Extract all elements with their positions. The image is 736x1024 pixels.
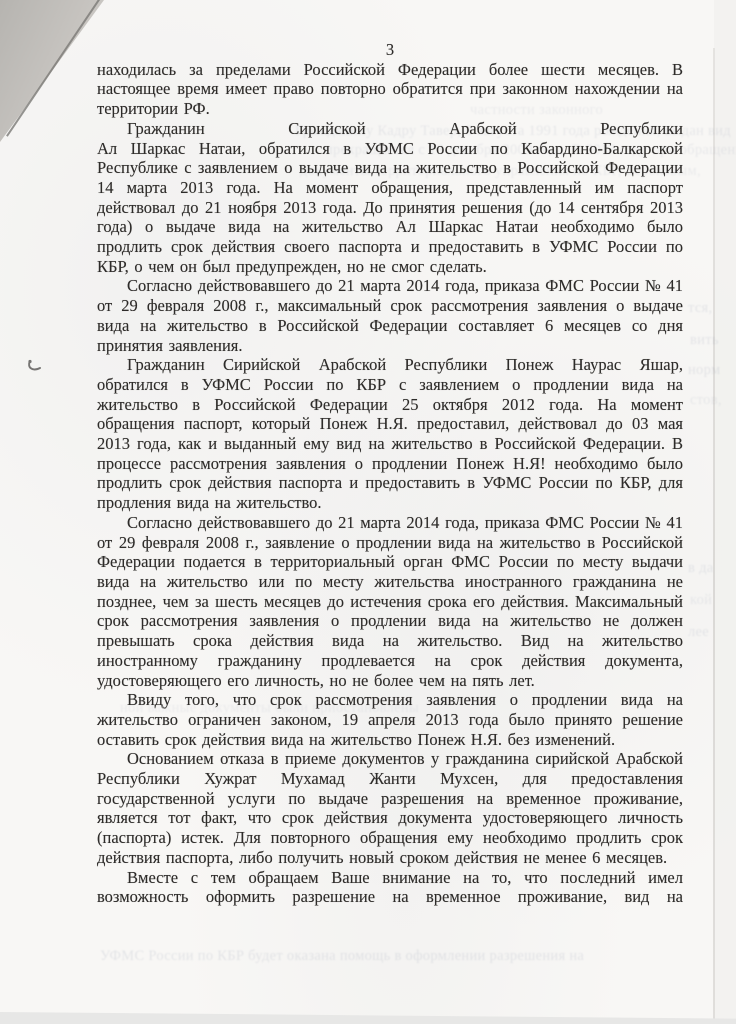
scanned-document-page: частности законного Гражданину Кадру Тав… — [0, 0, 736, 1024]
paragraph: Гражданин Сирийской Арабской Республики … — [97, 355, 683, 513]
paragraph: Гражданин Сирийской Арабской РеспубликиА… — [97, 119, 683, 277]
paragraph: Согласно действовавшего до 21 марта 2014… — [97, 276, 683, 355]
paragraph: Вместе с тем обращаем Ваше внимание на т… — [97, 868, 683, 907]
paragraph: находилась за пределами Российской Федер… — [97, 60, 683, 119]
paragraph: Основанием отказа в приеме документов у … — [97, 749, 683, 867]
paragraph-lead-line: Гражданин Сирийской Арабской Республики — [97, 119, 683, 139]
paragraph: Ввиду того, что срок рассмотрения заявле… — [97, 690, 683, 749]
ink-mark-icon — [26, 357, 48, 377]
scanner-bottom-strip — [0, 1010, 736, 1024]
document-text-block: 3 находилась за пределами Российской Фед… — [97, 40, 683, 907]
page-right-edge-line — [713, 48, 715, 1024]
page-number: 3 — [97, 40, 683, 60]
bleedthrough-text: УФМС России по КБР будет оказана помощь … — [100, 948, 584, 965]
bleedthrough-text: тся, — [688, 300, 712, 317]
bleedthrough-text: кой — [690, 592, 712, 609]
bleedthrough-text: лее — [688, 624, 709, 641]
paragraph-body: Ал Шаркас Натаи, обратился в УФМС России… — [97, 139, 683, 276]
paragraph: Согласно действовавшего до 21 марта 2014… — [97, 513, 683, 690]
page-right-edge-tint — [714, 0, 736, 1024]
bleedthrough-text: в да — [688, 560, 714, 577]
